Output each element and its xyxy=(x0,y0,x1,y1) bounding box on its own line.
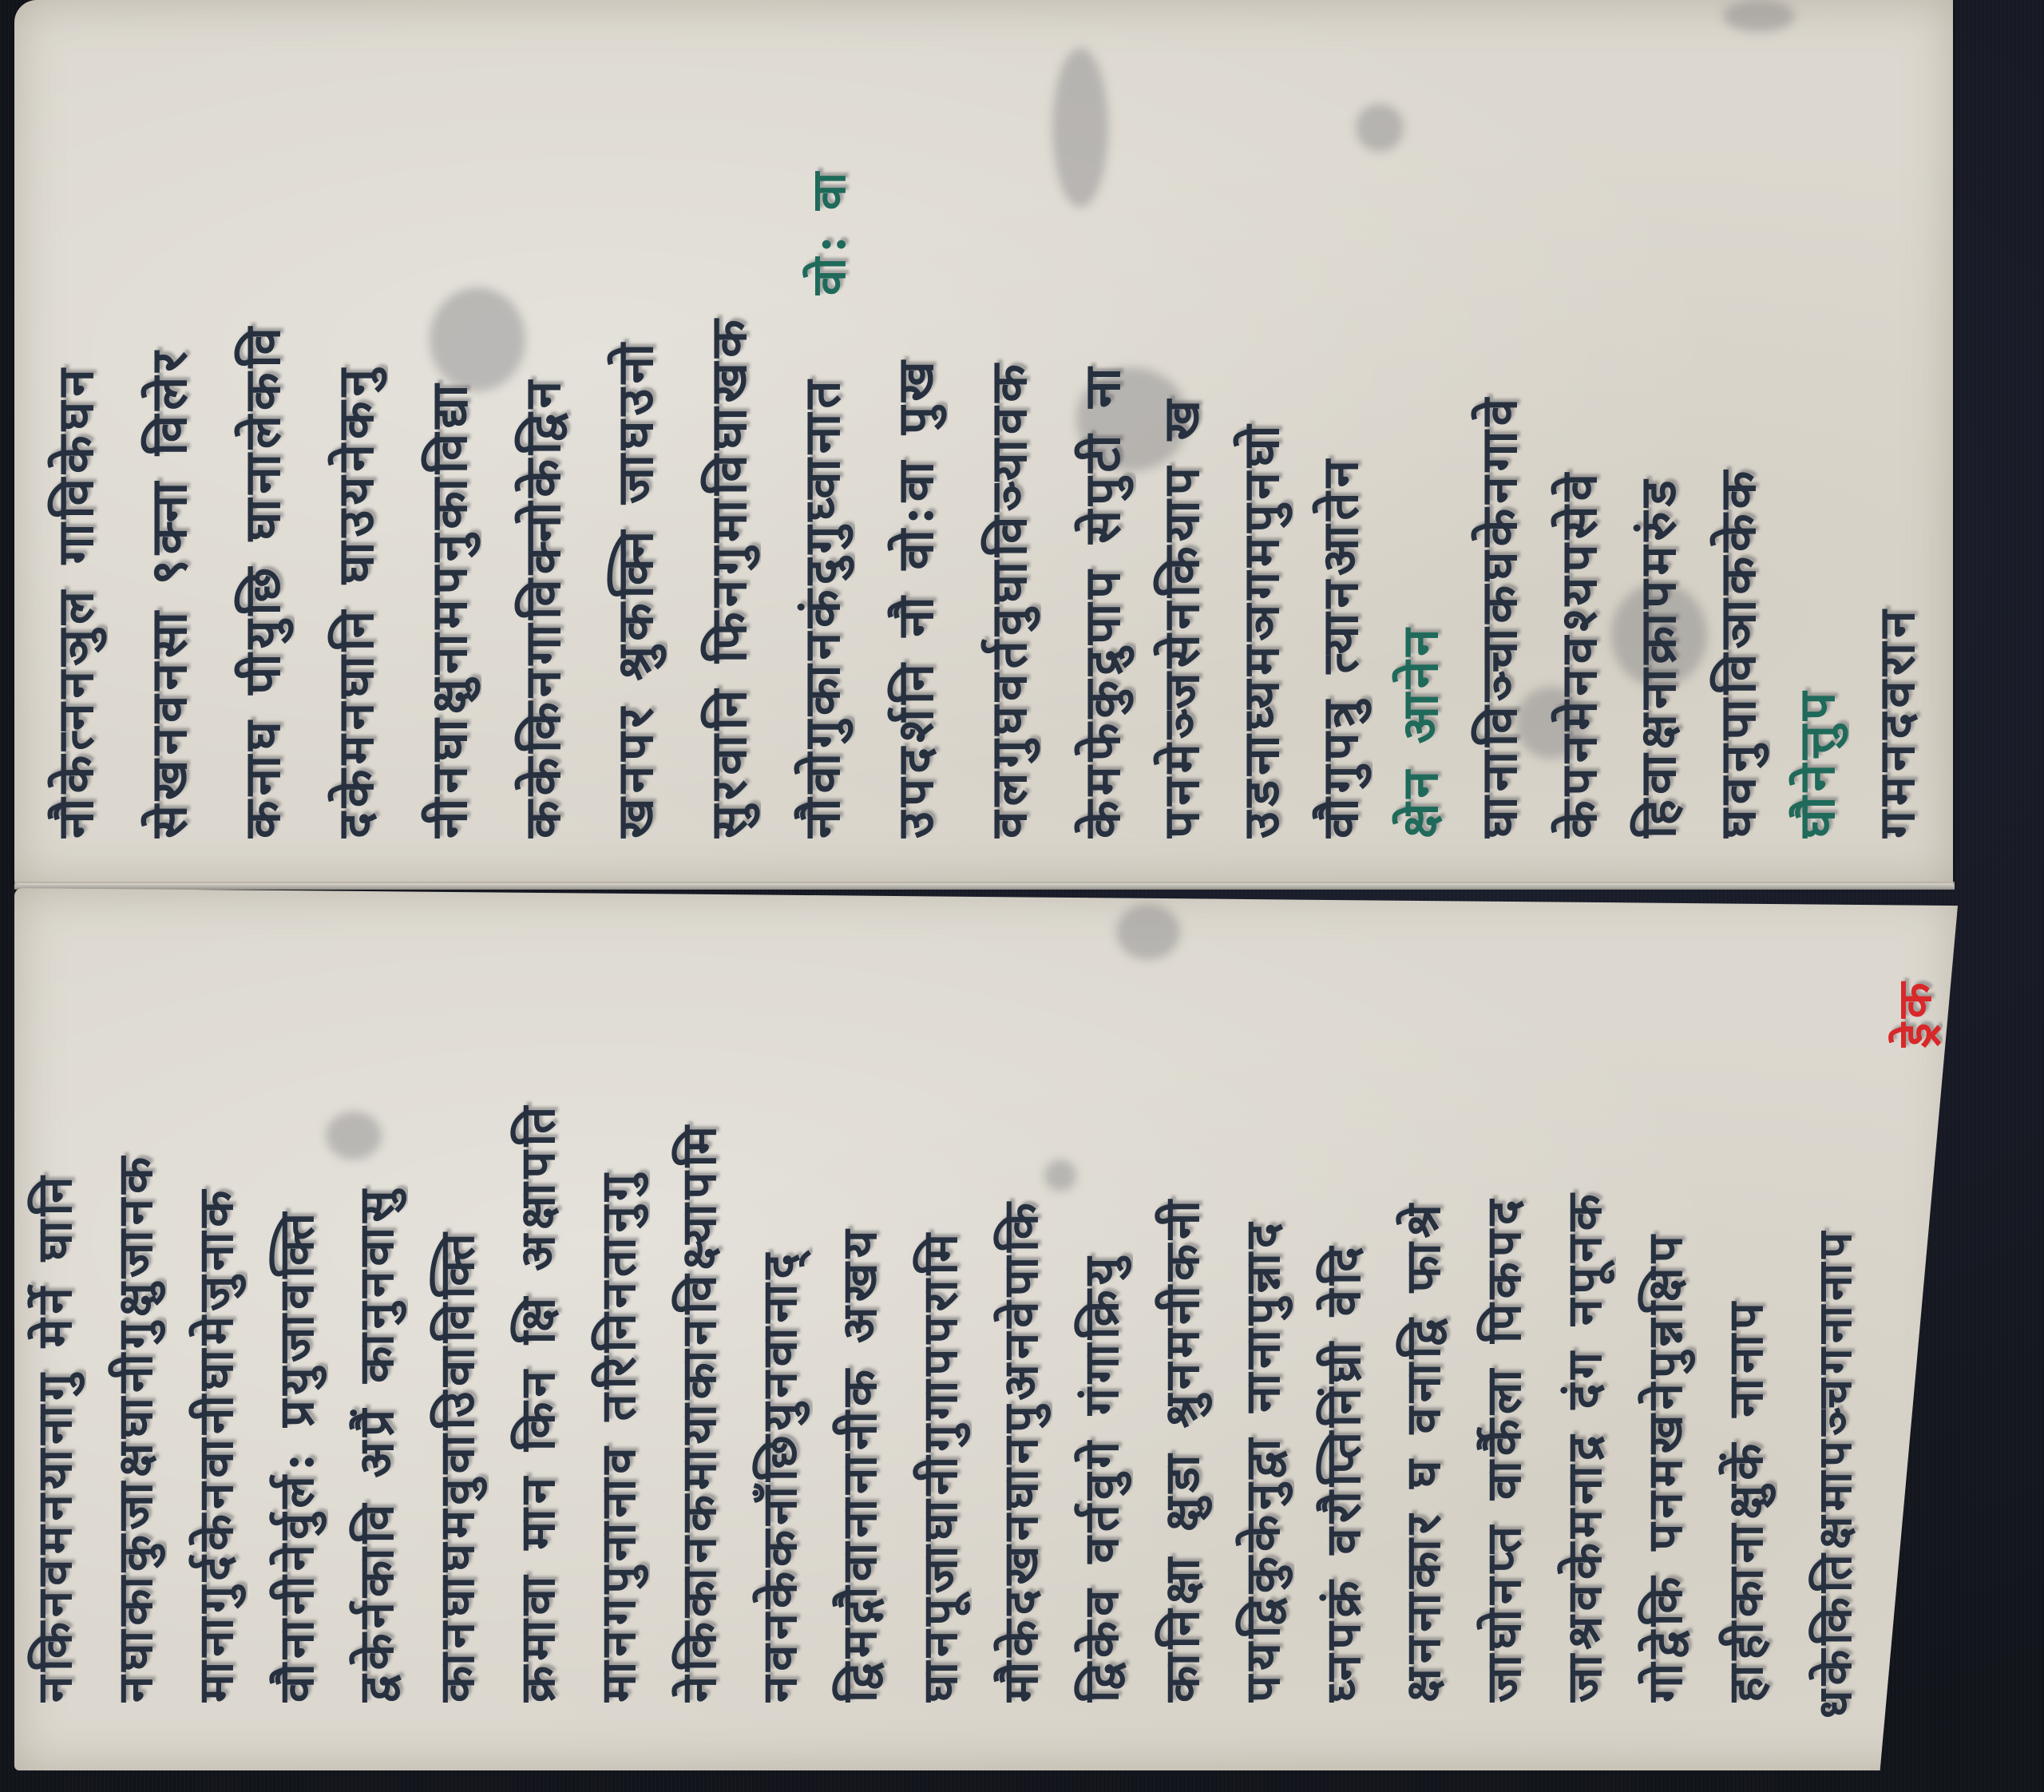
script-column: गमनदवरान xyxy=(1864,8,1931,839)
script-column-green: घौनेत्तुप xyxy=(1784,8,1851,839)
script-column: सुरवानि फिनगुमाविघाखक xyxy=(695,8,763,839)
script-column: घानाविञ्चाकघकेनगावे xyxy=(1466,8,1533,839)
red-annotation: ड्रेक xyxy=(1883,936,1946,1048)
script-column: केपनमेनवश्यपसेवे xyxy=(1546,8,1613,839)
script-column: नवनकेकनाँछियुनवानाद् xyxy=(747,904,813,1703)
script-column: पयद्विकुकेनुद्वा नानापुन्नाद xyxy=(1230,904,1296,1703)
script-column: दकेमनघानि घाउयनेकनु xyxy=(323,8,390,839)
script-column: सेखनवनसा ९क्ना विलेर xyxy=(136,8,203,839)
script-column: क्रमावा मान किन क्षि अक्षापति xyxy=(505,904,571,1703)
script-column: खनपर श्रुकक्नि जाघउनो xyxy=(602,8,669,839)
script-column: कानघाघमवुवाउिवाविक्ति xyxy=(425,904,490,1703)
script-column: नौकेत्ननञुल गाविकेघन xyxy=(42,8,109,839)
script-column: द्विमद्गौवानानानीक अखय xyxy=(827,904,893,1703)
script-column: गोद्वेकि पनमखनेपुन्नक्षिप xyxy=(1633,904,1698,1703)
script-column: घवनुपाविञाककेक xyxy=(1705,8,1772,839)
script-column: हाहीकानाक्षुकें नानाप xyxy=(1713,904,1779,1703)
script-column: द्विकेव वर्तवुगे गंगाक्रियु xyxy=(1069,904,1135,1703)
script-column: नकिनवमनयानागु मेर्ने घानि xyxy=(22,904,88,1703)
script-column: वलगुघवर्तवुघाविञ्यावक xyxy=(976,8,1043,839)
script-column: वौगुपत्रु त्यानआतेन xyxy=(1307,8,1374,839)
page-fold xyxy=(14,882,1955,890)
script-column: उडनाघ्यमञगमपुनघो xyxy=(1228,8,1295,839)
text-columns-left-block: नौकेत्ननञुल गाविकेघन सेखनवनसा ९क्ना विले… xyxy=(42,8,1136,854)
script-column: द्वकेर्नकावि अप्रैं कानुनवासु xyxy=(344,904,410,1703)
script-column: कनाघ पीयुछि घानालेकवि xyxy=(229,8,296,839)
script-column: नीनघाक्षुनामपनुकाविद्या xyxy=(416,8,483,839)
script-column: मानागुर्दकेनवानीघामेजुनाक xyxy=(184,904,249,1703)
script-column: वौनानीनेर्वुर्ल: प्रयुजावक्ति xyxy=(264,904,330,1703)
script-column: घानपूजाघानीगुगापपरामि xyxy=(908,904,973,1703)
script-column: पनमेञ्जसेनकियाप ख xyxy=(1148,8,1215,839)
script-column-last: धकेकितिक्षमापञ्चगनानाप xyxy=(1803,920,1866,1719)
script-column: ककेकिनगाविक्नोकेद्विन xyxy=(509,8,576,839)
text-columns-right-block: पनमेञ्जसेनकियाप ख उडनाघ्यमञगमपुनघो वौगुप… xyxy=(1148,8,1931,854)
script-column: कानिक्षा क्षुडा श्रुनमनीकनी xyxy=(1150,904,1215,1703)
text-columns-block: नकिनवमनयानागु मेर्ने घानि नघाकाकुजाक्षघा… xyxy=(22,904,1779,1735)
script-column: मानगपुनानाव तरिनिनतानुगु xyxy=(586,904,652,1703)
green-annotation: वो: वा xyxy=(797,120,860,295)
script-column: जाघोनप्त वार्कैला पिकपद xyxy=(1472,904,1537,1703)
script-column: जाश्रवकेमनाद्र दंग नपूनक xyxy=(1552,904,1618,1703)
script-column: मौकेदखनघानपुअनवेपाकि xyxy=(988,904,1054,1703)
script-column: उपदर्शनि नौ वो:वा पुख xyxy=(882,8,949,839)
script-column: नघाकाकुजाक्षघानीगुक्षुजानक xyxy=(103,904,168,1703)
script-column: केमफेकुद्रुपाप सेपुटी ना xyxy=(1069,8,1136,839)
script-column: घ्नपक्रं वरौप्तिनिंघ्री वेदि xyxy=(1311,904,1377,1703)
script-column: नेकिकानकमायाकानविक्ष्यापमि xyxy=(667,904,732,1703)
script-column-green: क्षेन आनेन xyxy=(1387,8,1454,839)
manuscript-page-top: नौकेत्ननञुल गाविकेघन सेखनवनसा ९क्ना विले… xyxy=(14,0,1953,885)
manuscript-page-bottom: नकिनवमनयानागु मेर्ने घानि नघाकाकुजाक्षघा… xyxy=(14,888,1958,1770)
script-column: हिवाक्षनाक्रापमरुंड xyxy=(1625,8,1692,839)
script-column: क्षननाकार घ वनाद्वि फाश्रे xyxy=(1391,904,1456,1703)
